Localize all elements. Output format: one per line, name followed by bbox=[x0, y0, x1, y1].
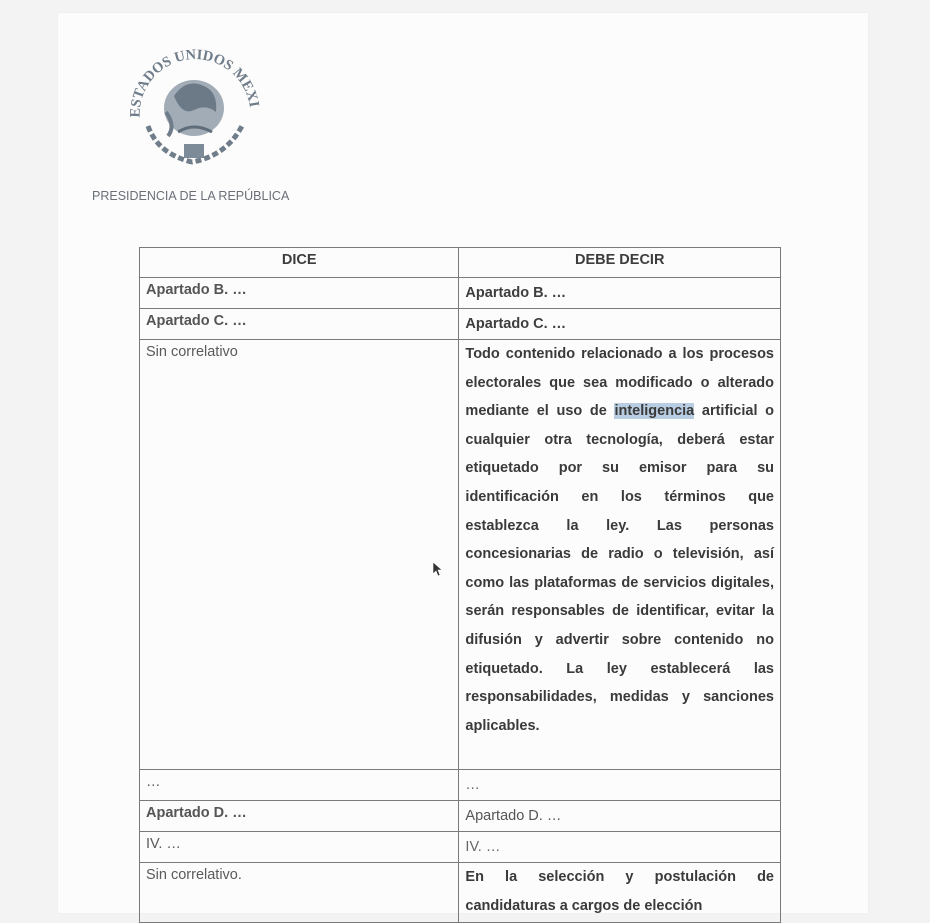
table-row: IV. … IV. … bbox=[140, 832, 781, 863]
dice-cell: Apartado D. … bbox=[140, 801, 459, 832]
debe-decir-cell: Todo contenido relacionado a los proceso… bbox=[459, 340, 781, 770]
dice-cell: Sin correlativo. bbox=[140, 863, 459, 901]
table-row: … … bbox=[140, 770, 781, 801]
table-row: Apartado B. … Apartado B. … bbox=[140, 278, 781, 309]
debe-decir-cell: En la selección y postulación de candida… bbox=[459, 863, 781, 901]
table-row: Apartado D. … Apartado D. … bbox=[140, 801, 781, 832]
debe-decir-cell: Apartado D. … bbox=[459, 801, 781, 832]
table-row: Apartado C. … Apartado C. … bbox=[140, 309, 781, 340]
table-header-row: DICE DEBE DECIR bbox=[140, 248, 781, 278]
text-after: artificial o cualquier otra tecnología, … bbox=[465, 403, 774, 734]
dice-cell: IV. … bbox=[140, 832, 459, 863]
selected-text[interactable]: inteligencia bbox=[614, 403, 694, 419]
comparison-table: DICE DEBE DECIR Apartado B. … Apartado B… bbox=[139, 247, 781, 900]
mouse-pointer-icon bbox=[432, 561, 442, 577]
debe-decir-cell: Apartado C. … bbox=[459, 309, 781, 340]
dice-cell: Apartado C. … bbox=[140, 309, 459, 340]
dice-cell: Sin correlativo bbox=[140, 340, 459, 770]
office-name: PRESIDENCIA DE LA REPÚBLICA bbox=[92, 189, 289, 203]
mexican-coat-of-arms-seal-icon: ESTADOS UNIDOS MEXICANOS bbox=[118, 26, 268, 176]
debe-decir-cell: Apartado B. … bbox=[459, 278, 781, 309]
column-header-dice: DICE bbox=[140, 248, 459, 278]
debe-decir-cell: IV. … bbox=[459, 832, 781, 863]
table-row: Sin correlativo Todo contenido relaciona… bbox=[140, 340, 781, 770]
table-row: Sin correlativo. En la selección y postu… bbox=[140, 863, 781, 901]
debe-decir-cell: … bbox=[459, 770, 781, 801]
dice-cell: … bbox=[140, 770, 459, 801]
column-header-debe-decir: DEBE DECIR bbox=[459, 248, 781, 278]
dice-cell: Apartado B. … bbox=[140, 278, 459, 309]
